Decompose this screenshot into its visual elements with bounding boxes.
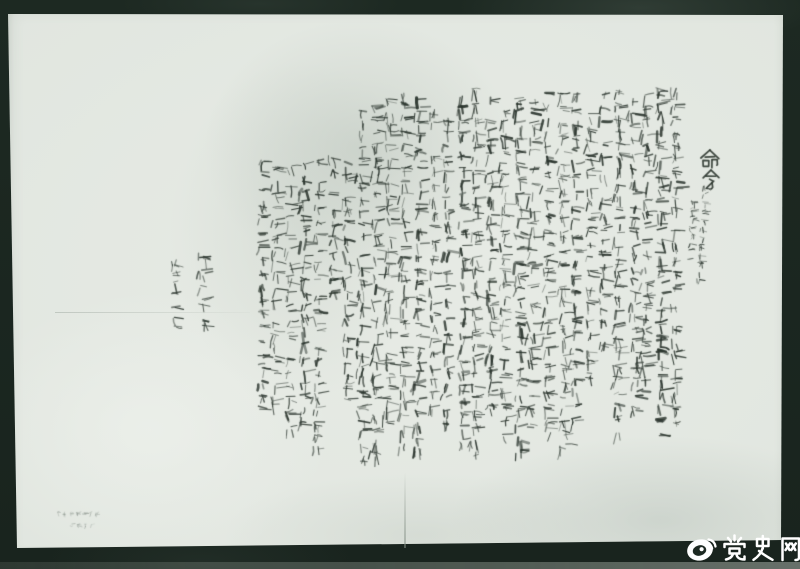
handwritten-text-canvas: [0, 0, 800, 569]
photo-edge-highlight: [0, 562, 800, 569]
photo-frame: 命令 □月十二日午后十时□分 于□□司令部 总司令 朱德 政治委员 毛泽东 党史…: [0, 0, 800, 569]
watermark-text-glyphs: [725, 536, 800, 561]
glyph-shi: [754, 536, 773, 560]
weibo-icon: [685, 537, 716, 564]
glyph-dang: [725, 536, 745, 560]
glyph-wang: [783, 539, 800, 561]
